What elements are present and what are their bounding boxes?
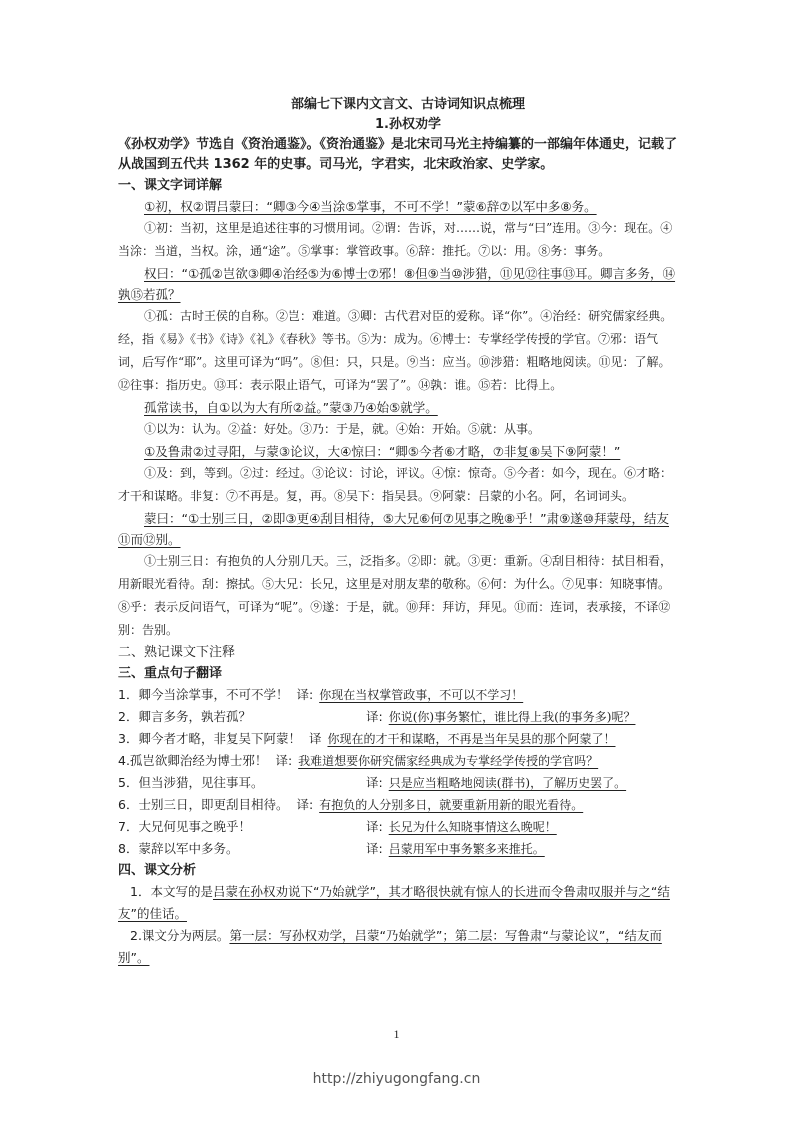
translation-answer: 你现在的才干和谋略，不再是当年吴县的那个阿蒙了！ — [327, 732, 615, 746]
vocab-block: 权曰：“①孤②岂欲③卿④治经⑤为⑥博士⑦邪！⑧但⑨当⑩涉猎，⑪见⑫往事⑬耳。卿言… — [118, 263, 678, 397]
word-notes: ①士别三日：有抱负的人分别几天。三，泛指多。②即：就。③更：重新。④刮目相待：拭… — [118, 550, 678, 642]
translation-label: 译: — [296, 684, 313, 706]
analysis-item: 1．本文写的是吕蒙在孙权劝说下“乃始就学”，其才略很快就有惊人的长进而令鲁肃叹服… — [118, 881, 678, 925]
translation-answer: 吕蒙用军中事务繁多来推托。 — [389, 842, 545, 856]
translation-label: 译: — [366, 816, 383, 838]
translation-answer: 你说(你)事务繁忙，谁比得上我(的事务多)呢？ — [389, 710, 636, 724]
word-notes: ①及：到，等到。②过：经过。③论议：讨论，评议。④惊：惊奇。⑤今者：如今，现在。… — [118, 462, 678, 508]
footer-url: http://zhiyugongfang.cn — [0, 1071, 793, 1087]
sentence: 3．卿今者才略，非复吴下阿蒙！ — [118, 728, 301, 750]
source-text: 权曰：“①孤②岂欲③卿④治经⑤为⑥博士⑦邪！⑧但⑨当⑩涉猎，⑪见⑫往事⑬耳。卿言… — [118, 266, 675, 302]
word-notes: ①孤：古时王侯的自称。②岂：难道。③卿：古代君对臣的爱称。译“你”。④治经：研究… — [118, 305, 678, 397]
sentence: 7．大兄何见事之晚乎！ — [118, 816, 358, 838]
section-heading-translation: 三、重点句子翻译 — [118, 663, 678, 684]
source-text: 孤常读书，自①以为大有所②益。”蒙③乃④始⑤就学。 — [144, 400, 438, 415]
vocab-block: ①初，权②谓吕蒙曰：“卿③今④当涂⑤掌事，不可不学！”蒙⑥辞⑦以军中多⑧务。 ①… — [118, 196, 678, 263]
source-text: 蒙曰：“①士别三日，②即③更④刮目相待，⑤大兄⑥何⑦见事之晚⑧乎！”肃⑨遂⑩拜蒙… — [118, 511, 669, 547]
translation-item: 6．士别三日，即更刮目相待。译:有抱负的人分别多日，就要重新用新的眼光看待。 — [118, 794, 678, 816]
document-page: 部编七下课内文言文、古诗词知识点梳理 1.孙权劝学 《孙权劝学》节选自《资治通鉴… — [118, 95, 678, 969]
translation-item: 8．蒙辞以军中多务。译:吕蒙用军中事务繁多来推托。 — [118, 838, 678, 860]
translation-label: 译: — [366, 706, 383, 728]
vocab-block: ①及鲁肃②过寻阳，与蒙③论议，大④惊曰：“卿⑤今者⑥才略，⑦非复⑧吴下⑨阿蒙！”… — [118, 441, 678, 508]
sentence: 2．卿言多务，孰若孤？ — [118, 706, 358, 728]
translation-item: 4.孤岂欲卿治经为博士邪！译:我难道想要你研究儒家经典成为专掌经学传授的学官吗？ — [118, 750, 678, 772]
analysis-item: 2.课文分为两层。第一层：写孙权劝学，吕蒙“乃始就学”；第二层：写鲁肃“与蒙论议… — [118, 925, 678, 969]
translation-item: 3．卿今者才略，非复吴下阿蒙！译你现在的才干和谋略，不再是当年吴县的那个阿蒙了！ — [118, 728, 678, 750]
source-text: ①及鲁肃②过寻阳，与蒙③论议，大④惊曰：“卿⑤今者⑥才略，⑦非复⑧吴下⑨阿蒙！” — [144, 444, 620, 459]
translation-answer: 有抱负的人分别多日，就要重新用新的眼光看待。 — [319, 798, 583, 812]
analysis-prefix: 2.课文分为两层。 — [130, 928, 229, 943]
translation-item: 7．大兄何见事之晚乎！译:长兄为什么知晓事情这么晚呢！ — [118, 816, 678, 838]
translation-answer: 长兄为什么知晓事情这么晚呢！ — [389, 820, 557, 834]
translation-answer: 我难道想要你研究儒家经典成为专掌经学传授的学官吗？ — [298, 754, 598, 768]
translation-item: 1．卿今当涂掌事，不可不学！译:你现在当权掌管政事，不可以不学习！ — [118, 684, 678, 706]
sentence: 6．士别三日，即更刮目相待。 — [118, 794, 288, 816]
translation-label: 译 — [309, 728, 322, 750]
word-notes: ①以为：认为。②益：好处。③乃：于是，就。④始：开始。⑤就：从事。 — [118, 418, 678, 441]
word-notes: ①初：当初，这里是追述往事的习惯用词。②谓：告诉，对……说，常与“曰”连用。③今… — [118, 217, 678, 263]
translation-item: 2．卿言多务，孰若孤？译:你说(你)事务繁忙，谁比得上我(的事务多)呢？ — [118, 706, 678, 728]
translation-answer: 你现在当权掌管政事，不可以不学习！ — [319, 688, 523, 702]
translation-list: 1．卿今当涂掌事，不可不学！译:你现在当权掌管政事，不可以不学习！ 2．卿言多务… — [118, 684, 678, 860]
translation-answer: 只是应当粗略地阅读(群书)，了解历史罢了。 — [389, 776, 626, 790]
document-title: 部编七下课内文言文、古诗词知识点梳理 — [138, 95, 678, 115]
vocab-block: 蒙曰：“①士别三日，②即③更④刮目相待，⑤大兄⑥何⑦见事之晚⑧乎！”肃⑨遂⑩拜蒙… — [118, 508, 678, 642]
sentence: 1．卿今当涂掌事，不可不学！ — [118, 684, 288, 706]
sentence: 8．蒙辞以军中多务。 — [118, 838, 358, 860]
vocab-block: 孤常读书，自①以为大有所②益。”蒙③乃④始⑤就学。 ①以为：认为。②益：好处。③… — [118, 397, 678, 441]
analysis-prefix: 1．本文写的是 — [130, 884, 213, 899]
translation-item: 5．但当涉猎，见往事耳。译:只是应当粗略地阅读(群书)，了解历史罢了。 — [118, 772, 678, 794]
translation-label: 译: — [275, 750, 292, 772]
translation-label: 译: — [366, 772, 383, 794]
section-heading-annotations: 二、熟记课文下注释 — [118, 642, 678, 663]
page-number: 1 — [0, 1027, 793, 1042]
sentence: 5．但当涉猎，见往事耳。 — [118, 772, 358, 794]
lesson-title: 1.孙权劝学 — [138, 115, 678, 135]
section-heading-analysis: 四、课文分析 — [118, 860, 678, 881]
translation-label: 译: — [296, 794, 313, 816]
sentence: 4.孤岂欲卿治经为博士邪！ — [118, 750, 267, 772]
section-heading-vocabulary: 一、课文字词详解 — [118, 175, 678, 196]
translation-label: 译: — [366, 838, 383, 860]
lesson-intro: 《孙权劝学》节选自《资治通鉴》。《资治通鉴》是北宋司马光主持编纂的一部编年体通史… — [118, 135, 678, 175]
source-text: ①初，权②谓吕蒙曰：“卿③今④当涂⑤掌事，不可不学！”蒙⑥辞⑦以军中多⑧务。 — [144, 199, 597, 214]
